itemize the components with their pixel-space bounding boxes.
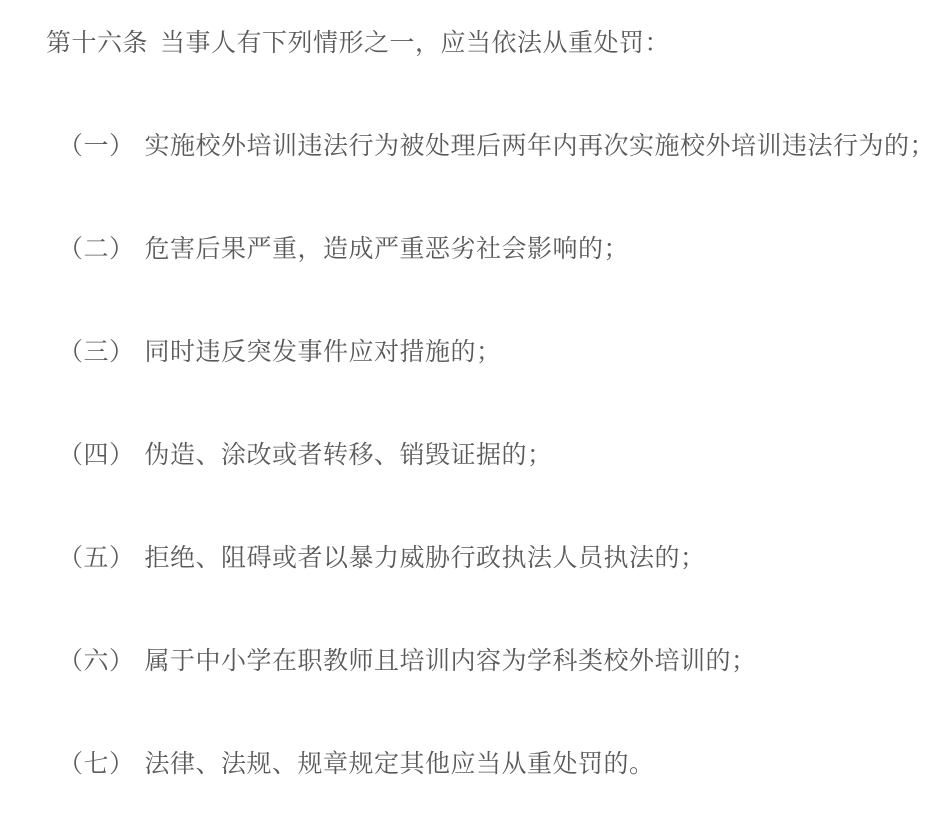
list-item: （一）实施校外培训违法行为被处理后两年内再次实施校外培训违法行为的； bbox=[58, 129, 920, 163]
page: { "article": { "number": "第十六条", "intro"… bbox=[0, 0, 950, 816]
item-number: （三） bbox=[58, 338, 135, 366]
item-text: 法律、法规、规章规定其他应当从重处罚的。 bbox=[145, 750, 655, 778]
item-number: （五） bbox=[58, 544, 135, 572]
list-item: （七）法律、法规、规章规定其他应当从重处罚的。 bbox=[58, 747, 920, 781]
list-item: （六）属于中小学在职教师且培训内容为学科类校外培训的； bbox=[58, 644, 920, 678]
item-text: 实施校外培训违法行为被处理后两年内再次实施校外培训违法行为的； bbox=[145, 132, 936, 160]
item-text: 属于中小学在职教师且培训内容为学科类校外培训的； bbox=[145, 647, 757, 675]
article-heading: 第十六条当事人有下列情形之一，应当依法从重处罚： bbox=[46, 26, 920, 60]
item-text: 伪造、涂改或者转移、销毁证据的； bbox=[145, 441, 553, 469]
item-number: （一） bbox=[58, 132, 135, 160]
list-item: （三）同时违反突发事件应对措施的； bbox=[58, 335, 920, 369]
item-number: （七） bbox=[58, 750, 135, 778]
article-intro: 当事人有下列情形之一，应当依法从重处罚： bbox=[160, 29, 670, 57]
list-item: （二）危害后果严重，造成严重恶劣社会影响的； bbox=[58, 232, 920, 266]
item-number: （六） bbox=[58, 647, 135, 675]
document-body: 第十六条当事人有下列情形之一，应当依法从重处罚： （一）实施校外培训违法行为被处… bbox=[0, 0, 950, 816]
item-text: 危害后果严重，造成严重恶劣社会影响的； bbox=[145, 235, 630, 263]
item-number: （二） bbox=[58, 235, 135, 263]
item-text: 拒绝、阻碍或者以暴力威胁行政执法人员执法的； bbox=[145, 544, 706, 572]
article-number: 第十六条 bbox=[46, 29, 148, 57]
list-item: （五）拒绝、阻碍或者以暴力威胁行政执法人员执法的； bbox=[58, 541, 920, 575]
item-text: 同时违反突发事件应对措施的； bbox=[145, 338, 502, 366]
item-number: （四） bbox=[58, 441, 135, 469]
list-item: （四）伪造、涂改或者转移、销毁证据的； bbox=[58, 438, 920, 472]
